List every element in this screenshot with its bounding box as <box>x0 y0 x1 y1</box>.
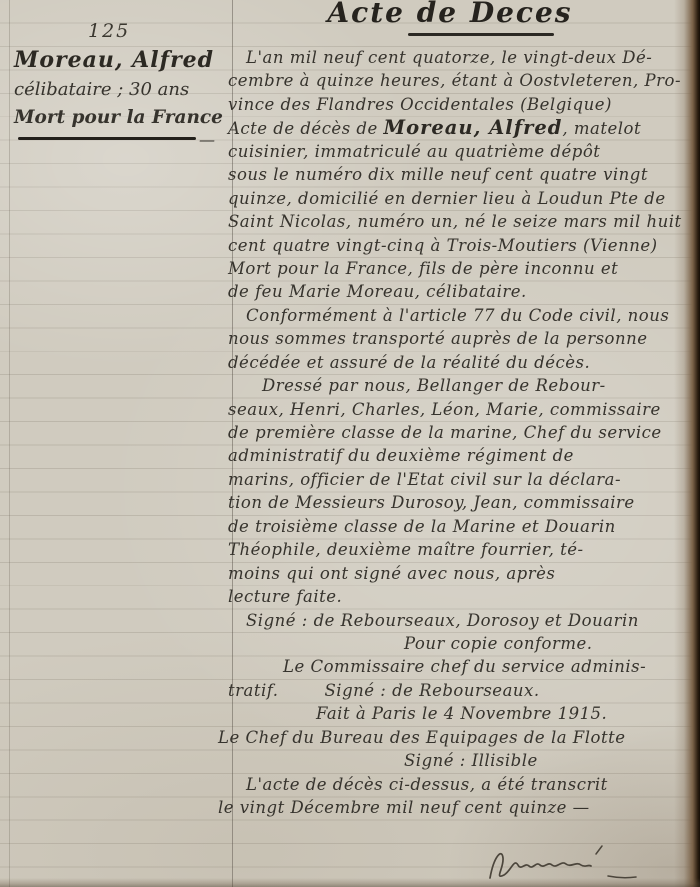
text-line: vince des Flandres Occidentales (Belgiqu… <box>228 93 694 116</box>
text-line: de première classe de la marine, Chef du… <box>228 421 694 444</box>
text-line: nous sommes transporté auprès de la pers… <box>228 327 694 350</box>
text-line: tratif. Signé : de Rebourseaux. <box>228 679 694 702</box>
text-line: cembre à quinze heures, étant à Oostvlet… <box>228 69 694 92</box>
text-line: lecture faite. <box>228 585 694 608</box>
act-body-text: L'an mil neuf cent quatorze, le vingt-de… <box>228 46 694 819</box>
margin-annotation: Moreau, Alfred célibataire ; 30 ans Mort… <box>14 44 229 132</box>
deceased-status-age: célibataire ; 30 ans <box>14 76 229 104</box>
text-line: Saint Nicolas, numéro un, né le seize ma… <box>228 210 694 233</box>
text-line: tion de Messieurs Durosoy, Jean, commiss… <box>228 491 694 514</box>
text-line: administratif du deuxième régiment de <box>228 444 694 467</box>
text-line: L'an mil neuf cent quatorze, le vingt-de… <box>228 46 694 69</box>
text-line: cent quatre vingt-cinq à Trois-Moutiers … <box>228 234 694 257</box>
text-line: Le Commissaire chef du service adminis- <box>228 655 694 678</box>
bottom-signature <box>478 838 658 887</box>
text-line: cuisinier, immatriculé au quatrième dépô… <box>228 140 694 163</box>
text-line: quinze, domicilié en dernier lieu à Loud… <box>228 187 694 210</box>
text-line: Signé : Illisible <box>228 749 694 772</box>
text-line: Pour copie conforme. <box>228 632 694 655</box>
text-line: Fait à Paris le 4 Novembre 1915. <box>228 702 694 725</box>
text-line: marins, officier de l'Etat civil sur la … <box>228 468 694 491</box>
page-title: Acte de Deces <box>300 0 600 29</box>
text-line: L'acte de décès ci-dessus, a été transcr… <box>228 773 694 796</box>
title-underline <box>408 33 554 36</box>
deceased-name: Moreau, Alfred <box>14 44 229 76</box>
text-line: Théophile, deuxième maître fourrier, té- <box>228 538 694 561</box>
text-line: Signé : de Rebourseaux, Dorosoy et Douar… <box>228 609 694 632</box>
act-number: 125 <box>88 20 130 42</box>
text-line: seaux, Henri, Charles, Léon, Marie, comm… <box>228 398 694 421</box>
text-line: Acte de décès de Moreau, Alfred, matelot <box>228 116 694 139</box>
text-line: Mort pour la France, fils de père inconn… <box>228 257 694 280</box>
text-line: Conformément à l'article 77 du Code civi… <box>228 304 694 327</box>
text-line: moins qui ont signé avec nous, après <box>228 562 694 585</box>
margin-paragraph-dash: — <box>199 130 215 149</box>
margin-annotation-underline <box>18 137 196 140</box>
left-edge-rule-line <box>9 0 10 887</box>
text-line: Dressé par nous, Bellanger de Rebour- <box>228 374 694 397</box>
text-line: Le Chef du Bureau des Equipages de la Fl… <box>218 726 694 749</box>
text-line: de feu Marie Moreau, célibataire. <box>228 280 694 303</box>
text-line: le vingt Décembre mil neuf cent quinze — <box>218 796 694 819</box>
mort-pour-la-france-mention: Mort pour la France <box>14 104 229 132</box>
death-certificate-page: Acte de Deces 125 Moreau, Alfred célibat… <box>0 0 700 887</box>
text-line: décédée et assuré de la réalité du décès… <box>228 351 694 374</box>
text-line: sous le numéro dix mille neuf cent quatr… <box>228 163 694 186</box>
text-line: de troisième classe de la Marine et Doua… <box>228 515 694 538</box>
